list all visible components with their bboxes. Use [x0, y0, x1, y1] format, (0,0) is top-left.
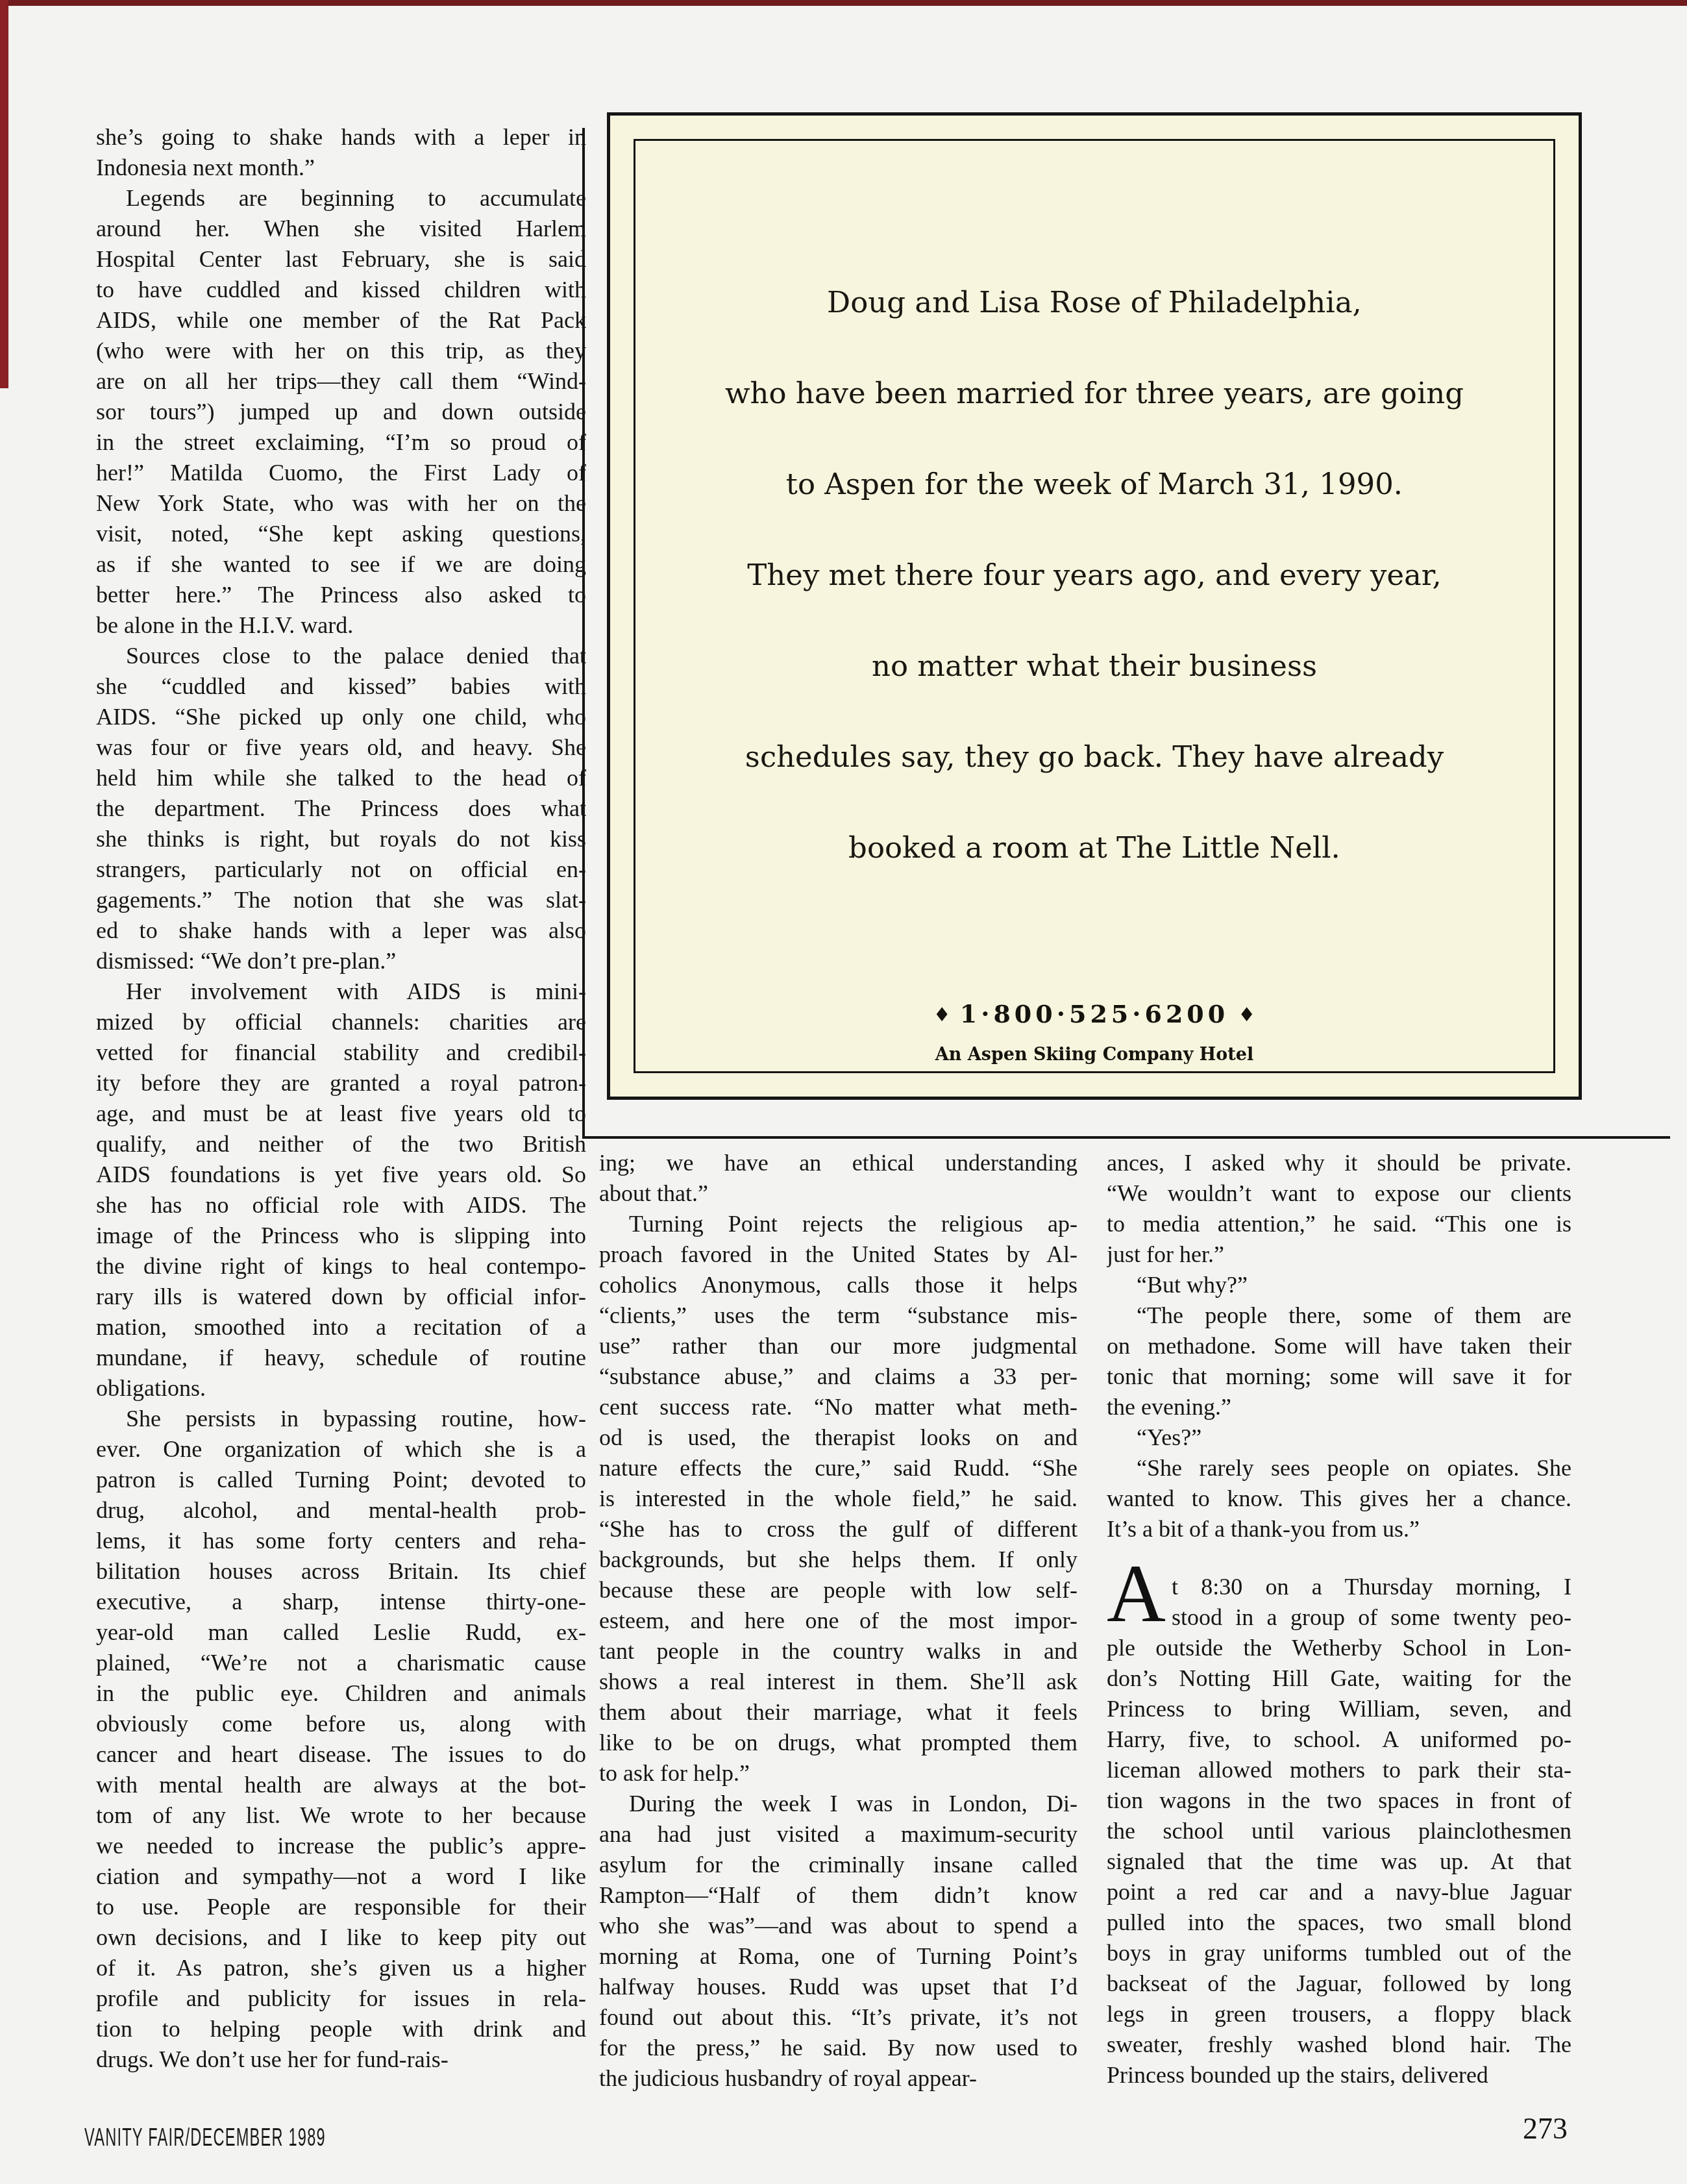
text-line: AIDS, while one member of the Rat Pack [96, 305, 586, 336]
paragraph: During the week I was in London, Di-ana … [599, 1789, 1077, 2094]
text-line: “She rarely sees people on opiates. She [1107, 1453, 1571, 1483]
text-line: we needed to increase the public’s appre… [96, 1831, 586, 1861]
text-line: image of the Princess who is slipping in… [96, 1221, 586, 1251]
text-line: asylum for the criminally insane called [599, 1850, 1077, 1880]
drop-cap-letter: A [1107, 1554, 1166, 1635]
text-line: don’s Notting Hill Gate, waiting for the [1107, 1663, 1571, 1694]
ad-copy-line: no matter what their business [635, 647, 1553, 684]
text-line: because these are people with low self- [599, 1575, 1077, 1606]
text-line: dismissed: “We don’t pre-plan.” [96, 946, 586, 976]
ad-phone-number: ♦1·800·525·6200♦ [635, 999, 1553, 1028]
text-line: sweater, freshly washed blond hair. The [1107, 2029, 1571, 2060]
text-line: the school until various plainclothesmen [1107, 1816, 1571, 1846]
text-line: ana had just visited a maximum-security [599, 1819, 1077, 1850]
text-line: just for her.” [1107, 1239, 1571, 1270]
text-line: gagements.” The notion that she was slat… [96, 885, 586, 915]
paragraph: “But why?” [1107, 1270, 1571, 1300]
text-line: the department. The Princess does what [96, 793, 586, 824]
text-line: Hospital Center last February, she is sa… [96, 244, 586, 275]
text-line: to ask for help.” [599, 1758, 1077, 1789]
text-line: be alone in the H.I.V. ward. [96, 610, 586, 641]
ad-copy-line: to Aspen for the week of March 31, 1990. [635, 465, 1553, 503]
text-line: she’s going to shake hands with a leper … [96, 122, 586, 153]
paragraph: Legends are beginning to accumulatearoun… [96, 183, 586, 641]
text-line: ever. One organization of which she is a [96, 1434, 586, 1465]
text-line: ciation and sympathy—not a word I like [96, 1861, 586, 1892]
text-line: age, and must be at least five years old… [96, 1098, 586, 1129]
paragraph: She persists in bypassing routine, how-e… [96, 1404, 586, 2075]
text-line: mized by official channels: charities ar… [96, 1007, 586, 1037]
ad-copy-line: who have been married for three years, a… [635, 375, 1553, 412]
text-line: the evening.” [1107, 1392, 1571, 1422]
text-line: to use. People are responsible for their [96, 1892, 586, 1922]
text-line: executive, a sharp, intense thirty-one- [96, 1587, 586, 1617]
text-line: “She has to cross the gulf of different [599, 1514, 1077, 1545]
paragraph: At 8:30 on a Thursday morning, Istood in… [1107, 1572, 1571, 2091]
text-line: signaled that the time was up. At that [1107, 1846, 1571, 1877]
text-line: tion to helping people with drink and [96, 2014, 586, 2044]
paragraph: Turning Point rejects the religious ap-p… [599, 1209, 1077, 1789]
paragraph: Her involvement with AIDS is mini-mized … [96, 976, 586, 1404]
text-line: “But why?” [1107, 1270, 1571, 1300]
ad-frame-horizontal-rule [582, 1136, 1670, 1139]
text-line: as if she wanted to see if we are doing [96, 549, 586, 580]
text-line: Harry, five, to school. A uniformed po- [1107, 1724, 1571, 1755]
text-line: cancer and heart disease. The issues to … [96, 1739, 586, 1770]
text-line: ances, I asked why it should be private. [1107, 1148, 1571, 1178]
text-line: to have cuddled and kissed children with [96, 275, 586, 305]
text-line: profile and publicity for issues in rela… [96, 1983, 586, 2014]
text-line: Princess to bring William, seven, and [1107, 1694, 1571, 1724]
text-line: AIDS. “She picked up only one child, who [96, 702, 586, 732]
diamond-icon: ♦ [924, 1004, 960, 1026]
paragraph: “The people there, some of them areon me… [1107, 1300, 1571, 1422]
text-line: point a red car and a navy-blue Jaguar [1107, 1877, 1571, 1907]
diamond-icon: ♦ [1229, 1004, 1264, 1026]
text-line: with mental health are always at the bot… [96, 1770, 586, 1800]
magazine-page: she’s going to shake hands with a leper … [0, 0, 1687, 2184]
text-line: around her. When she visited Harlem [96, 214, 586, 244]
text-line: ed to shake hands with a leper was also [96, 915, 586, 946]
ad-copy-line: Doug and Lisa Rose of Philadelphia, [635, 284, 1553, 321]
text-line: coholics Anonymous, calls those it helps [599, 1270, 1077, 1300]
text-line: Rampton—“Half of them didn’t know [599, 1880, 1077, 1911]
text-line: tant people in the country walks in and [599, 1636, 1077, 1667]
footer-page-number: 273 [1464, 2111, 1568, 2146]
paragraph: ances, I asked why it should be private.… [1107, 1148, 1571, 1270]
text-line: “clients,” uses the term “substance mis- [599, 1300, 1077, 1331]
ad-company-line: An Aspen Skiing Company Hotel [635, 1045, 1553, 1065]
text-line: better here.” The Princess also asked to [96, 580, 586, 610]
text-line: halfway houses. Rudd was upset that I’d [599, 1972, 1077, 2002]
text-line: “substance abuse,” and claims a 33 per- [599, 1361, 1077, 1392]
text-line: During the week I was in London, Di- [599, 1789, 1077, 1819]
text-line: od is used, the therapist looks on and [599, 1422, 1077, 1453]
ad-phone-digits: 1·800·525·6200 [960, 999, 1229, 1028]
text-line: nature effects the cure,” said Rudd. “Sh… [599, 1453, 1077, 1483]
text-line: morning at Roma, one of Turning Point’s [599, 1941, 1077, 1972]
text-line: she thinks is right, but royals do not k… [96, 824, 586, 854]
text-line: own decisions, and I like to keep pity o… [96, 1922, 586, 1953]
text-line: boys in gray uniforms tumbled out of the [1107, 1938, 1571, 1968]
section-break [1107, 1545, 1571, 1572]
advertisement-little-nell: Doug and Lisa Rose of Philadelphia,who h… [607, 112, 1582, 1100]
text-line: use” rather than our more judgmental [599, 1331, 1077, 1361]
article-column-middle: ing; we have an ethical understandingabo… [599, 1148, 1077, 2094]
ad-copy-line: They met there four years ago, and every… [635, 556, 1553, 593]
text-line: Princess bounded up the stairs, delivere… [1107, 2060, 1571, 2091]
text-line: qualify, and neither of the two British [96, 1129, 586, 1160]
text-line: vetted for financial stability and credi… [96, 1037, 586, 1068]
paragraph: “Yes?” [1107, 1422, 1571, 1453]
text-line: in the public eye. Children and animals [96, 1678, 586, 1709]
text-line: for the press,” he said. By now used to [599, 2033, 1077, 2063]
text-line: was four or five years old, and heavy. S… [96, 732, 586, 763]
text-line: tion wagons in the two spaces in front o… [1107, 1785, 1571, 1816]
page-top-edge-stripe [0, 0, 1687, 6]
text-line: stood in a group of some twenty peo- [1107, 1602, 1571, 1633]
text-line: strangers, particularly not on official … [96, 854, 586, 885]
text-line: patron is called Turning Point; devoted … [96, 1465, 586, 1495]
text-line: tom of any list. We wrote to her because [96, 1800, 586, 1831]
ad-frame-vertical-rule [582, 128, 585, 1136]
text-line: her!” Matilda Cuomo, the First Lady of [96, 458, 586, 488]
text-line: about that.” [599, 1178, 1077, 1209]
text-line: “We wouldn’t want to expose our clients [1107, 1178, 1571, 1209]
paragraph: Sources close to the palace denied thats… [96, 641, 586, 976]
paragraph: ing; we have an ethical understandingabo… [599, 1148, 1077, 1209]
text-line: found out about this. “It’s private, it’… [599, 2002, 1077, 2033]
text-line: on methadone. Some will have taken their [1107, 1331, 1571, 1361]
text-line: Legends are beginning to accumulate [96, 183, 586, 214]
text-line: (who were with her on this trip, as they [96, 336, 586, 366]
text-line: “Yes?” [1107, 1422, 1571, 1453]
text-line: esteem, and here one of the most impor- [599, 1606, 1077, 1636]
text-line: proach favored in the United States by A… [599, 1239, 1077, 1270]
text-line: the judicious husbandry of royal appear- [599, 2063, 1077, 2094]
text-line: like to be on drugs, what prompted them [599, 1728, 1077, 1758]
text-line: cent success rate. “No matter what meth- [599, 1392, 1077, 1422]
ad-inner-border: Doug and Lisa Rose of Philadelphia,who h… [634, 139, 1555, 1073]
text-line: New York State, who was with her on the [96, 488, 586, 519]
paragraph: she’s going to shake hands with a leper … [96, 122, 586, 183]
text-line: Sources close to the palace denied that [96, 641, 586, 671]
text-line: obviously come before us, along with [96, 1709, 586, 1739]
text-line: is interested in the whole field,” he sa… [599, 1483, 1077, 1514]
text-line: tonic that morning; some will save it fo… [1107, 1361, 1571, 1392]
text-line: she “cuddled and kissed” babies with [96, 671, 586, 702]
text-line: sor tours”) jumped up and down outside [96, 397, 586, 427]
text-line: ity before they are granted a royal patr… [96, 1068, 586, 1098]
text-line: them about their marriage, what it feels [599, 1697, 1077, 1728]
text-line: It’s a bit of a thank-you from us.” [1107, 1514, 1571, 1545]
text-line: mundane, if heavy, schedule of routine [96, 1343, 586, 1373]
text-line: AIDS foundations is yet five years old. … [96, 1160, 586, 1190]
text-line: liceman allowed mothers to park their st… [1107, 1755, 1571, 1785]
text-line: held him while she talked to the head of [96, 763, 586, 793]
footer-magazine-date: VANITY FAIR/DECEMBER 1989 [84, 2124, 326, 2152]
text-line: bilitation houses across Britain. Its ch… [96, 1556, 586, 1587]
text-line: Indonesia next month.” [96, 153, 586, 183]
article-column-right: ances, I asked why it should be private.… [1107, 1148, 1571, 2091]
text-line: she has no official role with AIDS. The [96, 1190, 586, 1221]
text-line: drugs. We don’t use her for fund-rais- [96, 2044, 586, 2075]
text-line: rary ills is watered down by official in… [96, 1282, 586, 1312]
text-line: drug, alcohol, and mental-health prob- [96, 1495, 586, 1526]
text-line: obligations. [96, 1373, 586, 1404]
text-line: to media attention,” he said. “This one … [1107, 1209, 1571, 1239]
text-line: are on all her trips—they call them “Win… [96, 366, 586, 397]
text-line: in the street exclaiming, “I’m so proud … [96, 427, 586, 458]
ad-copy-line: schedules say, they go back. They have a… [635, 738, 1553, 775]
text-line: the divine right of kings to heal contem… [96, 1251, 586, 1282]
text-line: ple outside the Wetherby School in Lon- [1107, 1633, 1571, 1663]
text-line: backseat of the Jaguar, followed by long [1107, 1968, 1571, 1999]
text-line: ing; we have an ethical understanding [599, 1148, 1077, 1178]
text-line: pulled into the spaces, two small blond [1107, 1907, 1571, 1938]
text-line: who she was”—and was about to spend a [599, 1911, 1077, 1941]
text-line: wanted to know. This gives her a chance. [1107, 1483, 1571, 1514]
ad-copy-line: booked a room at The Little Nell. [635, 829, 1553, 866]
text-line: Turning Point rejects the religious ap- [599, 1209, 1077, 1239]
text-line: visit, noted, “She kept asking questions… [96, 519, 586, 549]
text-line: lems, it has some forty centers and reha… [96, 1526, 586, 1556]
paragraph: “She rarely sees people on opiates. Shew… [1107, 1453, 1571, 1545]
text-line: year-old man called Leslie Rudd, ex- [96, 1617, 586, 1648]
page-left-edge-stripe [0, 0, 8, 388]
text-line: “The people there, some of them are [1107, 1300, 1571, 1331]
article-column-left: she’s going to shake hands with a leper … [96, 122, 586, 2075]
text-line: She persists in bypassing routine, how- [96, 1404, 586, 1434]
ad-copy: Doug and Lisa Rose of Philadelphia,who h… [635, 284, 1553, 866]
text-line: of it. As patron, she’s given us a highe… [96, 1953, 586, 1983]
text-line: backgrounds, but she helps them. If only [599, 1545, 1077, 1575]
text-line: mation, smoothed into a recitation of a [96, 1312, 586, 1343]
text-line: legs in green trousers, a floppy black [1107, 1999, 1571, 2029]
text-line: shows a real interest in them. She’ll as… [599, 1667, 1077, 1697]
text-line: t 8:30 on a Thursday morning, I [1107, 1572, 1571, 1602]
text-line: plained, “We’re not a charismatic cause [96, 1648, 586, 1678]
text-line: Her involvement with AIDS is mini- [96, 976, 586, 1007]
